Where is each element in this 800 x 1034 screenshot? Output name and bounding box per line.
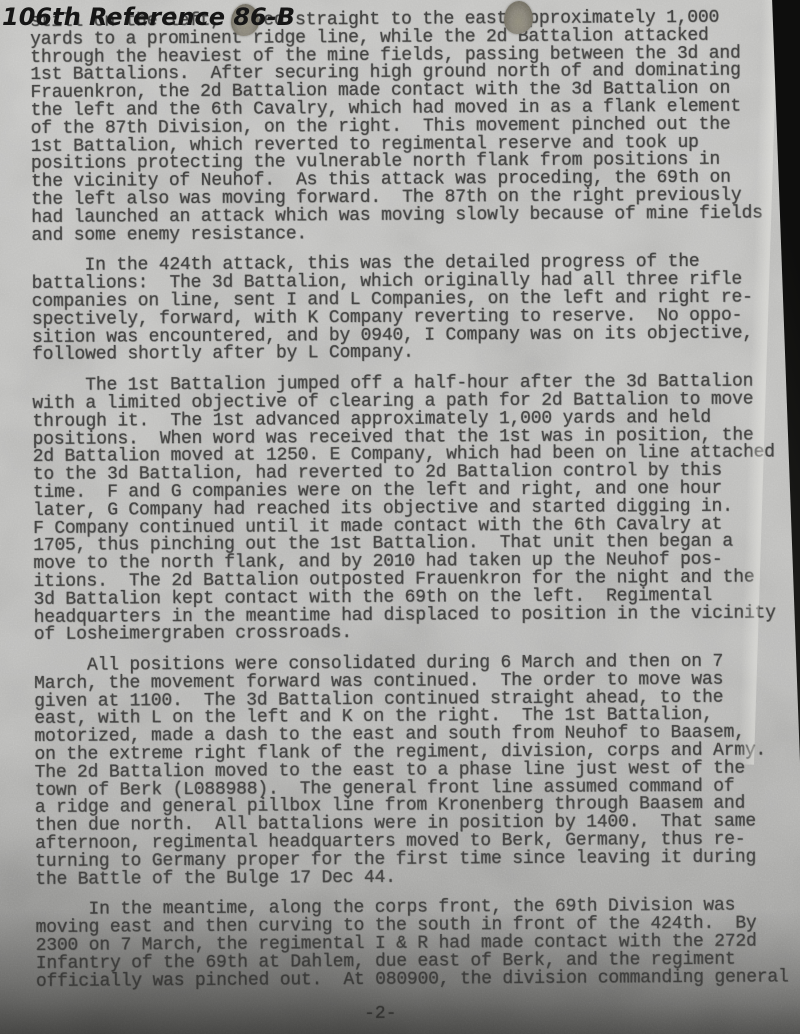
reference-label: 106th Reference 86-B [2,3,295,31]
paragraph: still on the left, moved straight to the… [30,9,791,245]
paragraph: All positions were consolidated during 6… [34,653,795,889]
ink-blot-icon [504,1,533,34]
document-text: still on the left, moved straight to the… [30,9,796,1004]
page-number: -2- [364,1006,397,1024]
paragraph: In the 424th attack, this was the detail… [31,254,792,365]
paragraph: In the meantime, along the corps front, … [35,898,796,992]
paragraph: The 1st Battalion jumped off a half-hour… [32,373,794,645]
scanned-document-page: still on the left, moved straight to the… [0,0,800,1034]
